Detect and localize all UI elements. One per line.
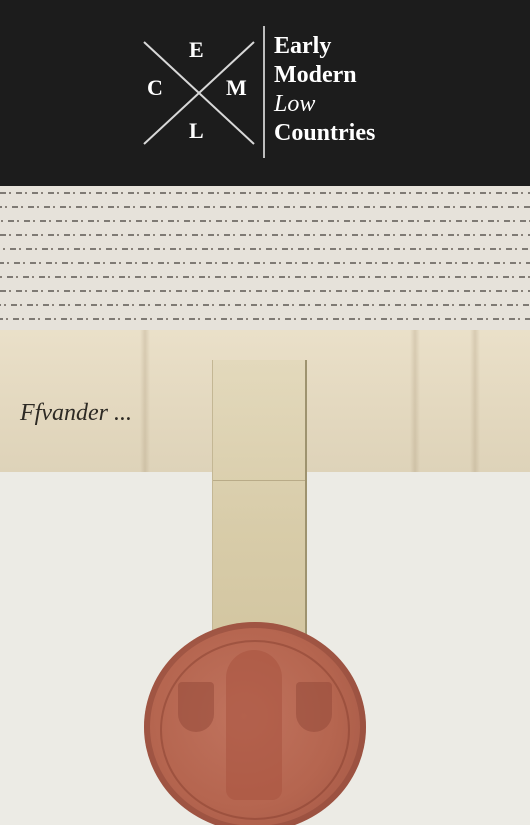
logo-letter-e: E [189, 39, 204, 61]
title-line-4: Countries [274, 119, 375, 148]
logo-letter-l: L [189, 120, 204, 142]
journal-header: E C M L Early Modern Low Countries [0, 0, 530, 186]
logo-divider [263, 26, 265, 158]
manuscript-text-area [0, 186, 530, 332]
journal-title: Early Modern Low Countries [274, 32, 375, 148]
title-line-1: Early [274, 32, 375, 61]
logo-letter-c: C [147, 77, 163, 99]
parchment-seal-tag [212, 360, 307, 640]
eml-monogram-logo: E C M L [140, 26, 262, 156]
wax-seal [144, 622, 366, 825]
title-line-3: Low [274, 90, 375, 119]
logo-letter-m: M [226, 77, 247, 99]
title-line-2: Modern [274, 61, 375, 90]
signature: Ffvander ... [20, 400, 132, 427]
